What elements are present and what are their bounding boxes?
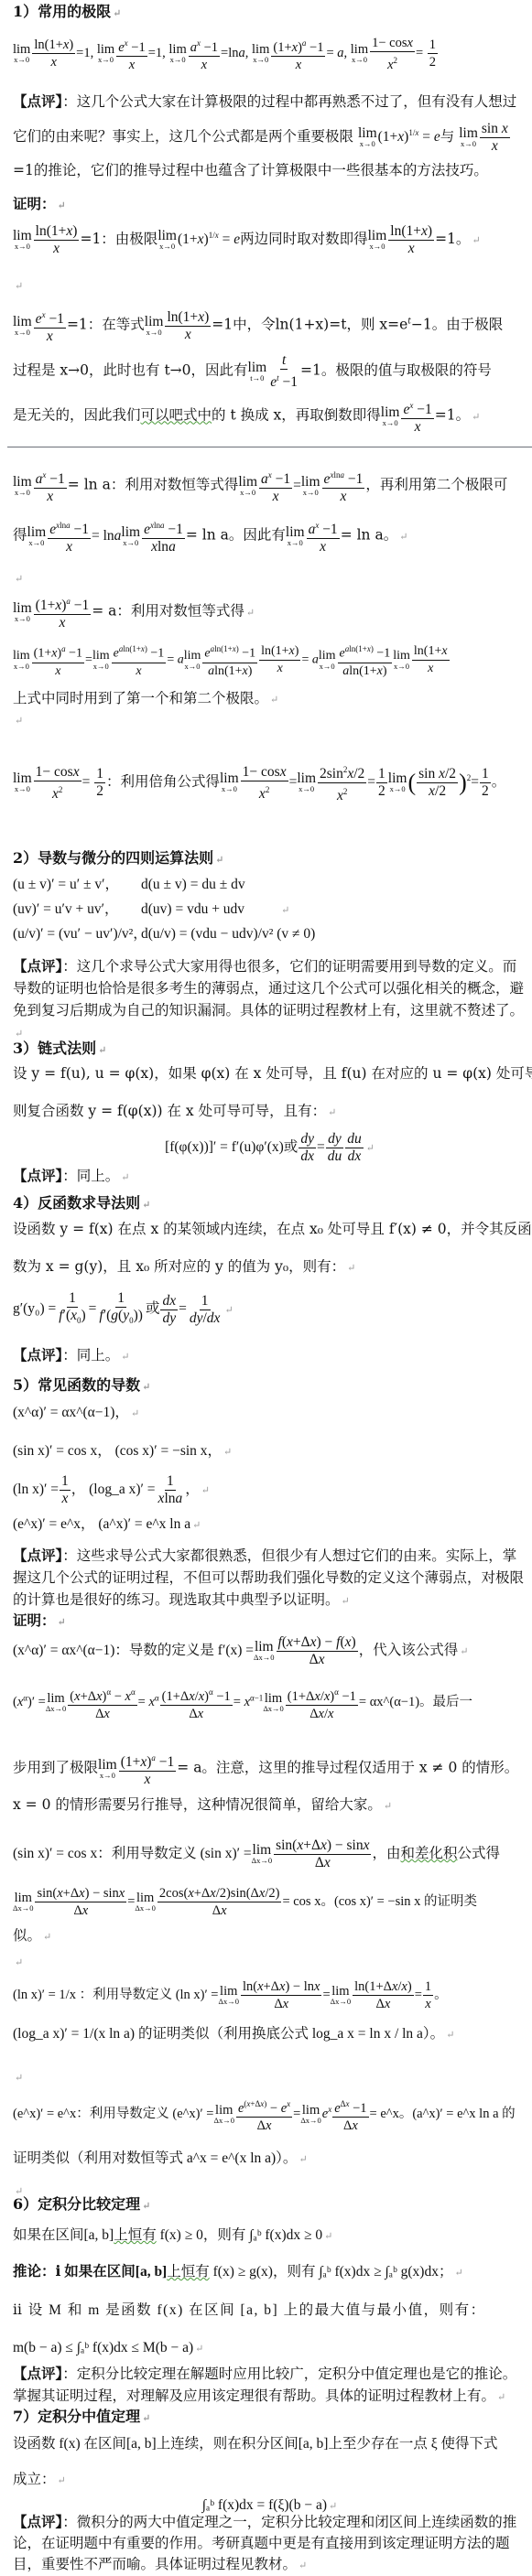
proof-power-deriv-line4: x = 0 的情形需要另行推导，这种情况很简单，留给大家。↵ (13, 1795, 527, 1816)
proof-exp-limit-line1: limx→0ex −1x=1：在等式limx→0ln(1+x)x=1中，令ln(… (13, 307, 527, 345)
empty-paragraph: ↵ (13, 2066, 527, 2088)
proof-sin-deriv-line3: 似。↵ (13, 1925, 527, 1947)
deriv-exp: (e^x)′ = e^x， (a^x)′ = e^x ln a↵ (13, 1514, 527, 1536)
proof-power-limit-line1: limx→0(1+x)a −1x= a：利用对数恒等式得↵ (13, 593, 527, 631)
section-5-comment: 【点评】：这些求导公式大家都很熟悉，但很少有人想过它们的由来。实际上，掌握这几个… (13, 1545, 527, 1612)
empty-paragraph: ↵ (13, 275, 527, 296)
section-3-comment: 【点评】：同上。↵ (13, 1166, 527, 1188)
inverse-rule-line2: 数为 x = g(y)，且 x₀ 所对应的 y 的值为 y₀，则有：↵ (13, 1256, 527, 1278)
proof-exp-limit-line2: 过程是 x→0，此时也有 t→0，因此有limt→0tet −1=1。极限的值与… (13, 352, 527, 391)
proof-power-limit-note: 上式中同时用到了第一个和第二个极限。↵ (13, 688, 527, 710)
rule-sum: (u ± v)′ = u′ ± v′，d(u ± v) = du ± dv (13, 875, 527, 895)
proof-ax-limit-line2: 得limx→0exlna −1x= lnalimx→0exlna −1xlna=… (13, 517, 527, 555)
section-2-title: 2）导数与微分的四则运算法则↵ (13, 848, 527, 870)
document-page: 1）常用的极限↵ limx→0ln(1+x)x=1, limx→0ex −1x=… (0, 0, 532, 2576)
proof-exp-limit-line3: 是无关的，因此我们可以吧式中的 t 换成 x，再取倒数即得limx→0ex −1… (13, 397, 527, 436)
section-2-comment: 【点评】：这几个求导公式大家用得也很多，它们的证明需要用到导数的定义。而导数的证… (13, 955, 527, 1045)
empty-paragraph: ↵ (13, 567, 527, 589)
section-6-title: 6）定积分比较定理↵ (13, 2194, 527, 2216)
proof-cos-limit: limx→01− cosxx2= 12：利用倍角公式得limx→01− cosx… (13, 761, 527, 804)
proof-power-deriv-line3: 步用到了极限limx→0(1+x)a −1x= a。注意，这里的推导过程仅适用于… (13, 1750, 527, 1788)
section-1-title: 1）常用的极限↵ (13, 2, 527, 24)
section-7-title: 7）定积分中值定理↵ (13, 2407, 527, 2429)
inverse-rule-formula: g′(y₀) =1f′(x0)=1f′(g(y0))或dxdy=1dy/dx↵ (13, 1290, 527, 1329)
proof-sin-deriv-line2: limΔx→0sin(x+Δx) − sinxΔx=limΔx→02cos(x+… (13, 1885, 527, 1919)
chain-rule-formula: [f(φ(x))]′ = f′(u)φ′(x)或dydx=dydududx↵ (13, 1131, 527, 1165)
deriv-power: (x^α)′ = αx^(α−1)，↵ (13, 1403, 527, 1424)
proof-sin-deriv-line1: (sin x)′ = cos x：利用导数定义 (sin x)′ =limΔx→… (13, 1838, 527, 1871)
section-1-comment: 【点评】：这几个公式大家在计算极限的过程中都再熟悉不过了，但有没有人想过它们的由… (13, 86, 527, 186)
corollary-2-formula: m(b − a) ≤ ∫ₐᵇ f(x)dx ≤ M(b − a)↵ (13, 2338, 527, 2359)
corollary-1: 推论：ⅰ 如果在区间[a, b]上恒有 f(x) ≥ g(x)，则有 ∫ₐᵇ f… (13, 2262, 527, 2283)
chain-rule-line1: 设 y = f(u), u = φ(x)，如果 φ(x) 在 x 处可导，且 f… (13, 1063, 527, 1083)
inverse-rule-line1: 设函数 y = f(x) 在点 x 的某领域内连续，在点 x₀ 处可导且 f′(… (13, 1219, 527, 1239)
proof-exp-deriv-line1: (e^x)′ = e^x：利用导数定义 (e^x)′ =limΔx→0e(x+Δ… (13, 2096, 527, 2134)
proof-ln-deriv-line1: (ln x)′ = 1/x ：利用导数定义 (ln x)′ =limΔx→0ln… (13, 1978, 527, 2012)
mean-value-line1: 设函数 f(x) 在区间[a, b]上连续，则在积分区间[a, b]上至少存在一… (13, 2434, 527, 2454)
mean-value-line2: 成立：↵ (13, 2469, 527, 2491)
proof-ln-limit: limx→0ln(1+x)x=1：由极限limx→0(1+x)1/x = e两边… (13, 223, 527, 257)
empty-paragraph: ↵ (13, 709, 527, 731)
deriv-log: (ln x)′ =1x， (log_a x)′ =1xlna，↵ (13, 1473, 527, 1507)
proof-ax-limit-line1: limx→0ax −1x= ln a：利用对数恒等式得limx→0ax −1x=… (13, 467, 527, 505)
proof-ax-deriv: 证明类似（利用对数恒等式 a^x = e^(x ln a)）。↵ (13, 2149, 527, 2170)
section-6-comment: 【点评】：定积分比较定理在解题时应用比较广，定积分中值定理也是它的推论。掌握其证… (13, 2363, 527, 2409)
empty-paragraph: ↵ (13, 1951, 527, 1973)
proof-power-deriv-line1: (x^α)′ = αx^(α−1)：导数的定义是 f′(x) =limΔx→0f… (13, 1634, 527, 1668)
section-4-comment: 【点评】：同上。↵ (13, 1345, 527, 1367)
horizontal-divider (7, 447, 532, 447)
section-3-title: 3）链式法则↵ (13, 1039, 527, 1061)
rule-quotient: (u/v)′ = (vu′ − uv′)/v²，d(u/v) = (vdu − … (13, 924, 527, 944)
corollary-2: ⅱ 设 M 和 m 是函数 f(x) 在区间 [a, b] 上的最大值与最小值，… (13, 2301, 527, 2321)
section-7-comment: 【点评】：微积分的两大中值定理之一，定积分比较定理和闭区间上连续函数的推论，在证… (13, 2511, 527, 2576)
comparison-theorem: 如果在区间[a, b]上恒有 f(x) ≥ 0，则有 ∫ₐᵇ f(x)dx ≥ … (13, 2226, 527, 2247)
section-5-title: 5）常见函数的导数↵ (13, 1375, 527, 1397)
section-5-proof-label: 证明：↵ (13, 1611, 527, 1633)
section-1-proof-label: 证明：↵ (13, 194, 527, 216)
proof-power-limit-line2: limx→0(1+x)a −1x=limx→0ealn(1+x) −1x= al… (13, 641, 527, 680)
rule-product: (uv)′ = u′v + uv′，d(uv) = vdu + udv↵ (13, 900, 527, 921)
section-4-title: 4）反函数求导法则↵ (13, 1193, 527, 1215)
proof-log-deriv: (log_a x)′ = 1/(x ln a) 的证明类似（利用换底公式 log… (13, 2024, 527, 2045)
deriv-trig: (sin x)′ = cos x， (cos x)′ = −sin x，↵ (13, 1441, 527, 1462)
proof-power-deriv-line2: (xα)′ =limΔx→0(x+Δx)α − xαΔx= xα(1+Δx/x)… (13, 1684, 527, 1722)
limit-formulas-row: limx→0ln(1+x)x=1, limx→0ex −1x=1, limx→0… (13, 35, 527, 73)
chain-rule-line2: 则复合函数 y = f(φ(x)) 在 x 处可导可导，且有：↵ (13, 1101, 527, 1123)
